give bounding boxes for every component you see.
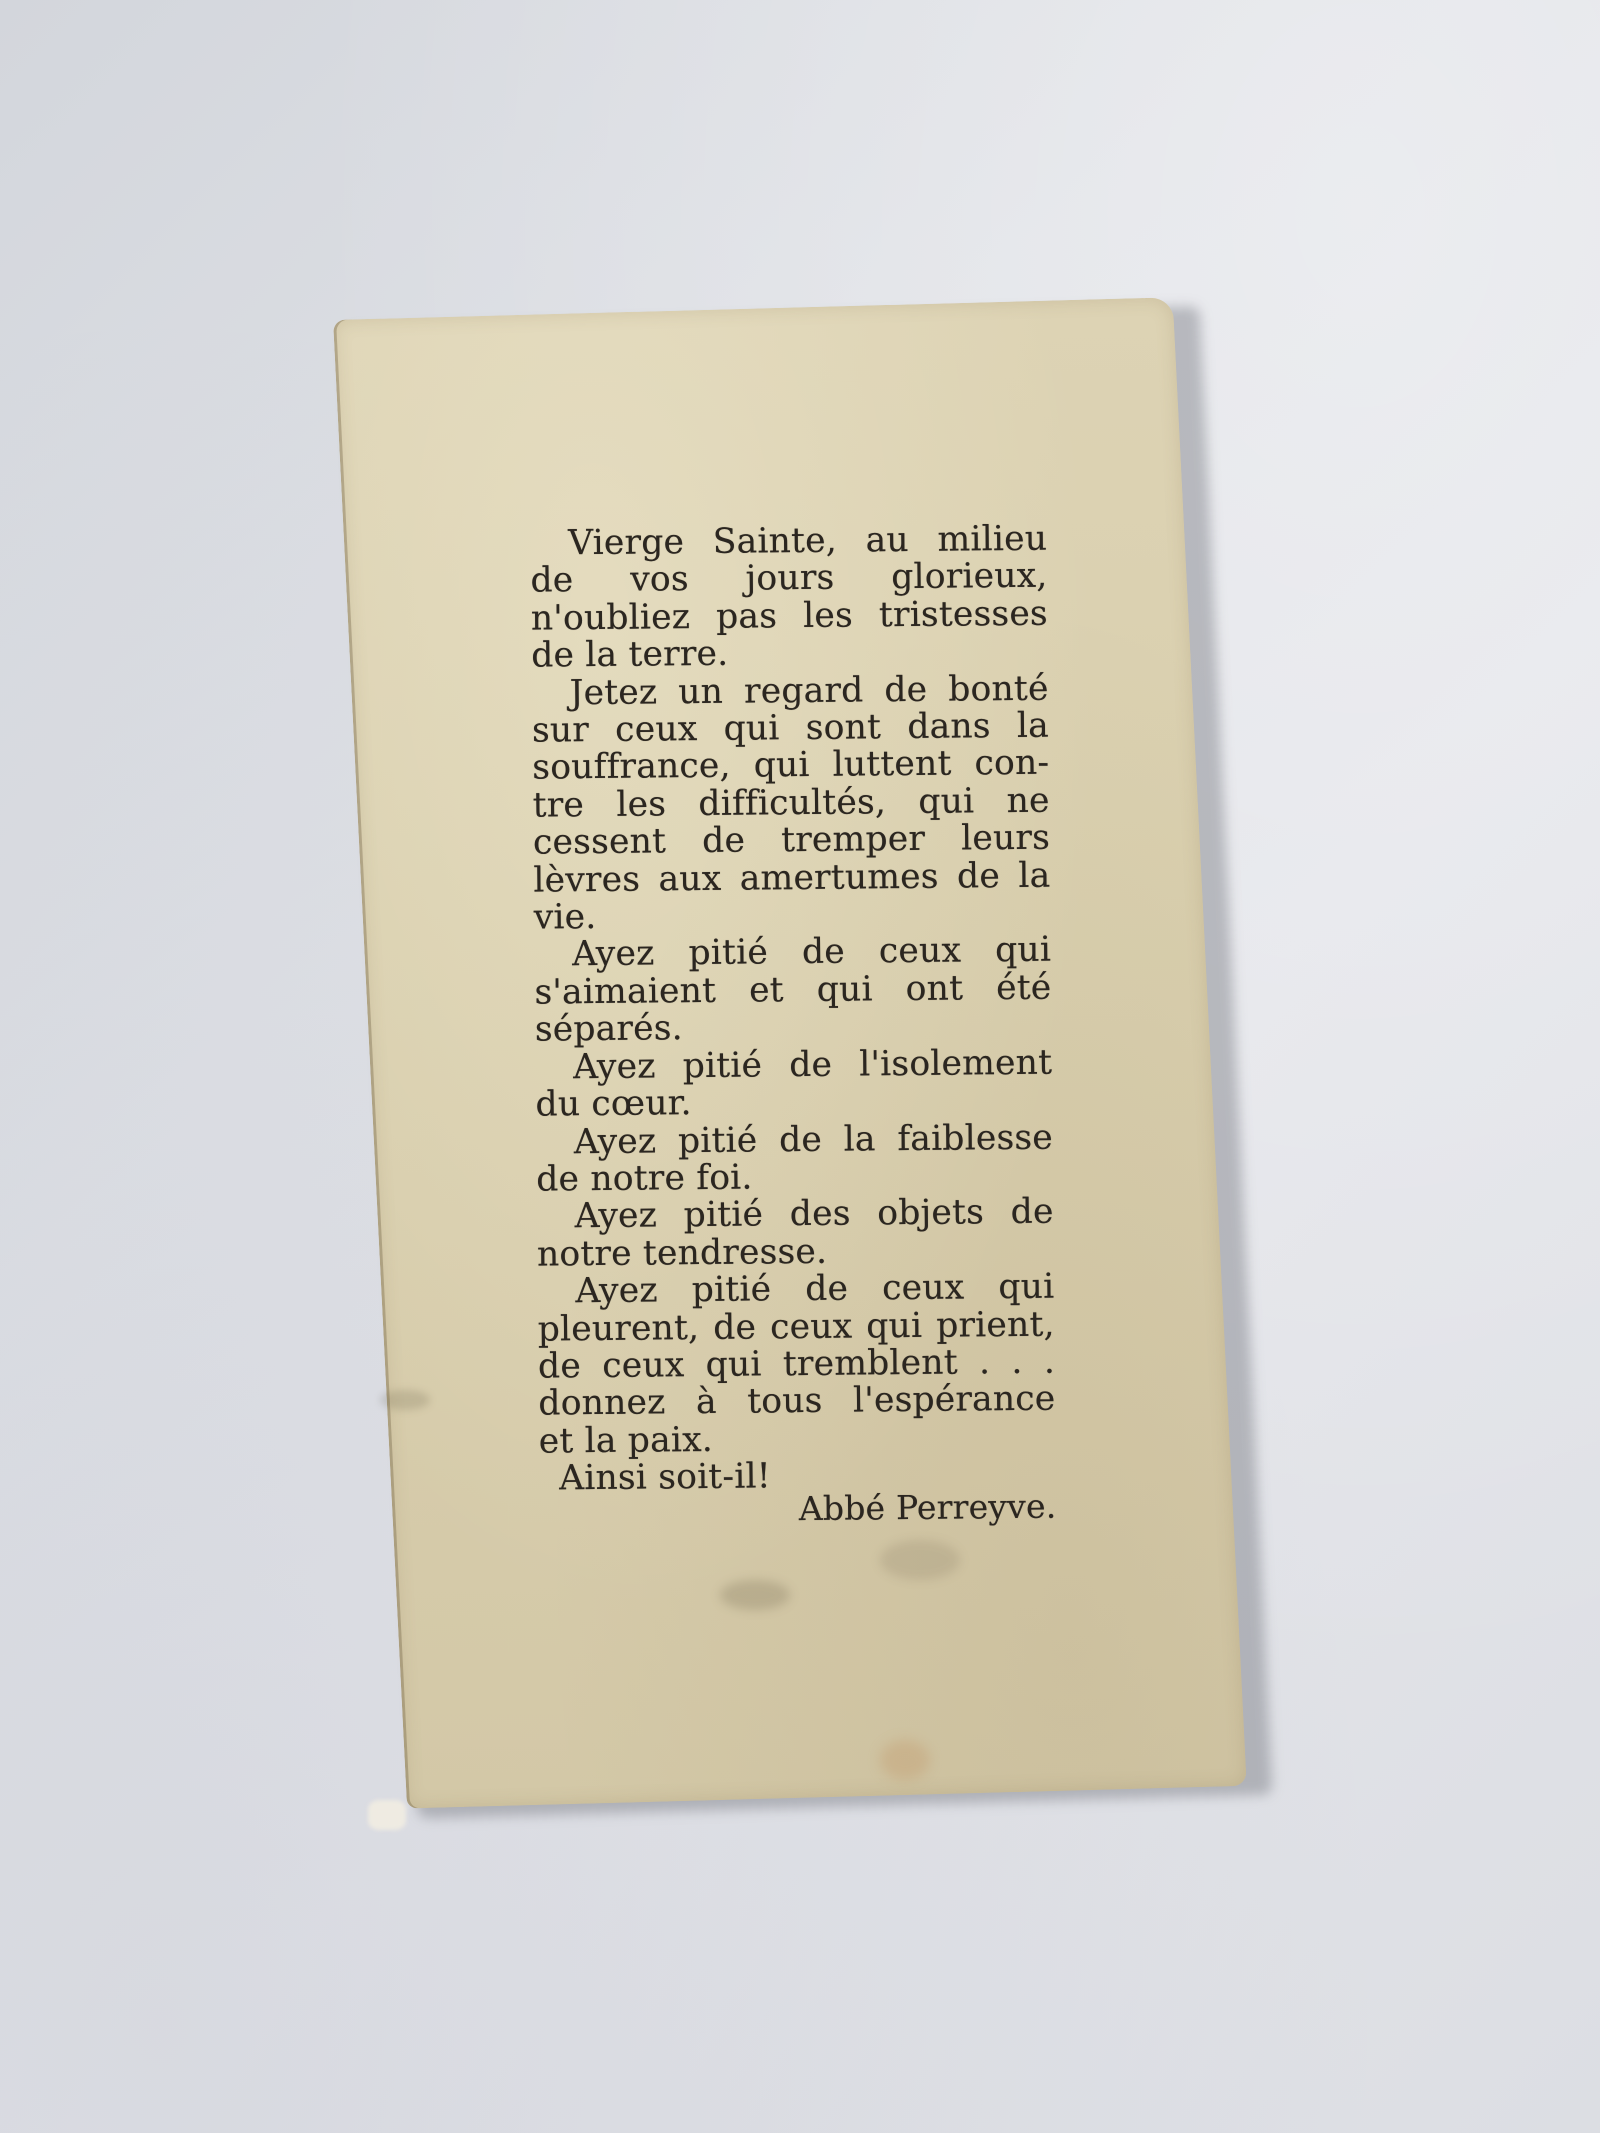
text-line: Ayez pitié des objets de [498, 1194, 1053, 1237]
text-line: Ayez pitié de l'isolement [497, 1044, 1052, 1087]
prayer-paragraph: Jetez un regard de bonté sur ceux qui so… [493, 670, 1050, 937]
text-line: Ayez pitié de la faiblesse [498, 1119, 1053, 1162]
prayer-paragraph: Vierge Sainte, au milieu de vos jours gl… [492, 521, 1048, 676]
prayer-paragraph: Ayez pitié de ceux qui pleurent, de ceux… [499, 1269, 1056, 1461]
text-line: et la paix. [501, 1418, 1056, 1461]
prayer-text: Vierge Sainte, au milieu de vos jours gl… [492, 521, 1057, 1530]
text-line: lèvres aux amertumes de la [495, 857, 1050, 900]
text-line: s'aimaient et qui ont été [496, 970, 1051, 1013]
prayer-paragraph: Ayez pitié de ceux qui s'aimaient et qui… [496, 932, 1052, 1050]
text-line: donnez à tous l'espérance [500, 1381, 1055, 1424]
prayer-paragraph: Ayez pitié des objets de notre tendresse… [498, 1194, 1054, 1274]
worn-corner [368, 1800, 406, 1830]
prayer-paragraph: Ayez pitié de l'isolement du cœur. [497, 1044, 1053, 1124]
prayer-paragraph: Ayez pitié de la faiblesse de notre foi. [498, 1119, 1054, 1199]
text-line: n'oubliez pas les tristesses [493, 595, 1048, 638]
